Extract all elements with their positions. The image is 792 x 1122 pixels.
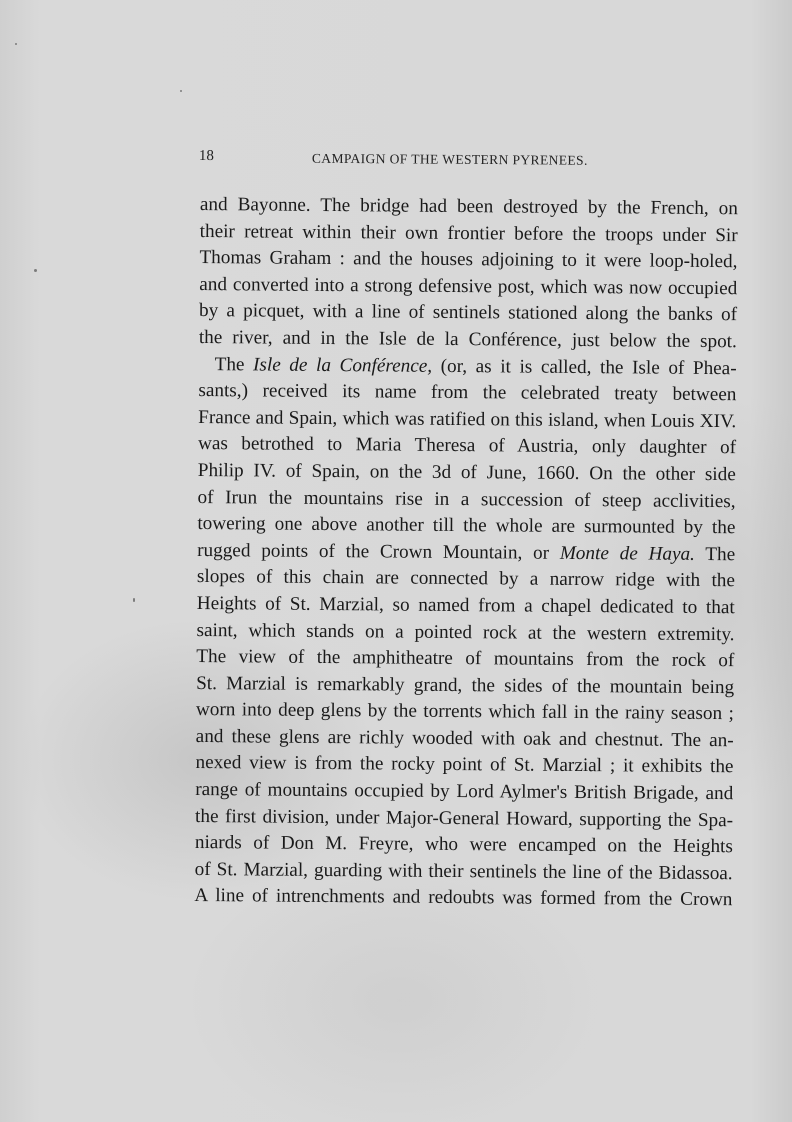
page-number: 18: [199, 148, 214, 165]
paper-speck: [34, 269, 37, 272]
paper-speck: [180, 90, 182, 92]
running-title: CAMPAIGN OF THE WESTERN PYRENEES.: [312, 151, 588, 169]
text-line: range of mountains occupied by Lord Aylm…: [195, 777, 733, 808]
text-line: Philip IV. of Spain, on the 3d of June, …: [198, 458, 736, 489]
text-line: of St. Marzial, guarding with their sent…: [195, 857, 733, 888]
text-line: sants,) received its name from the celeb…: [198, 378, 736, 409]
text-line: saint, which stands on a pointed rock at…: [196, 617, 734, 648]
text-line: Heights of St. Marzial, so named from a …: [197, 591, 735, 622]
text-line: towering one above another till the whol…: [197, 511, 735, 542]
text-line: the river, and in the Isle de la Confére…: [199, 325, 737, 356]
text-line: France and Spain, which was ratified on …: [198, 405, 736, 436]
text-line: by a picquet, with a line of sentinels s…: [199, 298, 737, 329]
text-line: the first division, under Major-General …: [195, 804, 733, 835]
text-line: was betrothed to Maria Theresa of Austri…: [198, 431, 736, 462]
text-line: slopes of this chain are connected by a …: [197, 564, 735, 595]
paper-speck: [133, 598, 135, 602]
text-line: St. Marzial is remarkably grand, the sid…: [196, 671, 734, 702]
text-line: nexed view is from the rocky point of St…: [195, 750, 733, 781]
text-run: The: [695, 544, 735, 565]
text-run: The: [215, 354, 254, 375]
text-line: Thomas Graham : and the houses adjoining…: [199, 245, 737, 276]
text-line: their retreat within their own frontier …: [200, 219, 738, 250]
text-run: (or, as it is called, the Isle of Phea-: [432, 355, 737, 378]
paper-speck: [15, 43, 17, 45]
text-line: worn into deep glens by the torrents whi…: [196, 697, 734, 728]
text-line: and converted into a strong defensive po…: [199, 272, 737, 303]
italic-run: Monte de Haya.: [560, 543, 695, 565]
italic-run: Isle de la Conférence,: [253, 354, 432, 376]
text-line-paragraph-start: The Isle de la Conférence, (or, as it is…: [199, 352, 737, 383]
text-line: niards of Don M. Freyre, who were encamp…: [195, 830, 733, 861]
text-line: rugged points of the Crown Mountain, or …: [197, 538, 735, 569]
text-line: The view of the amphitheatre of mountain…: [196, 644, 734, 675]
text-line: A line of intrenchments and redoubts was…: [194, 883, 732, 914]
text-run: rugged points of the Crown Mountain, or: [197, 540, 560, 564]
body-text: and Bayonne. The bridge had been destroy…: [194, 192, 738, 914]
scanned-book-page: 18 CAMPAIGN OF THE WESTERN PYRENEES. and…: [0, 0, 792, 1122]
running-head: 18 CAMPAIGN OF THE WESTERN PYRENEES.: [199, 146, 739, 172]
text-line: and Bayonne. The bridge had been destroy…: [200, 192, 738, 223]
text-line: and these glens are richly wooded with o…: [196, 724, 734, 755]
text-line: of Irun the mountains rise in a successi…: [197, 485, 735, 516]
